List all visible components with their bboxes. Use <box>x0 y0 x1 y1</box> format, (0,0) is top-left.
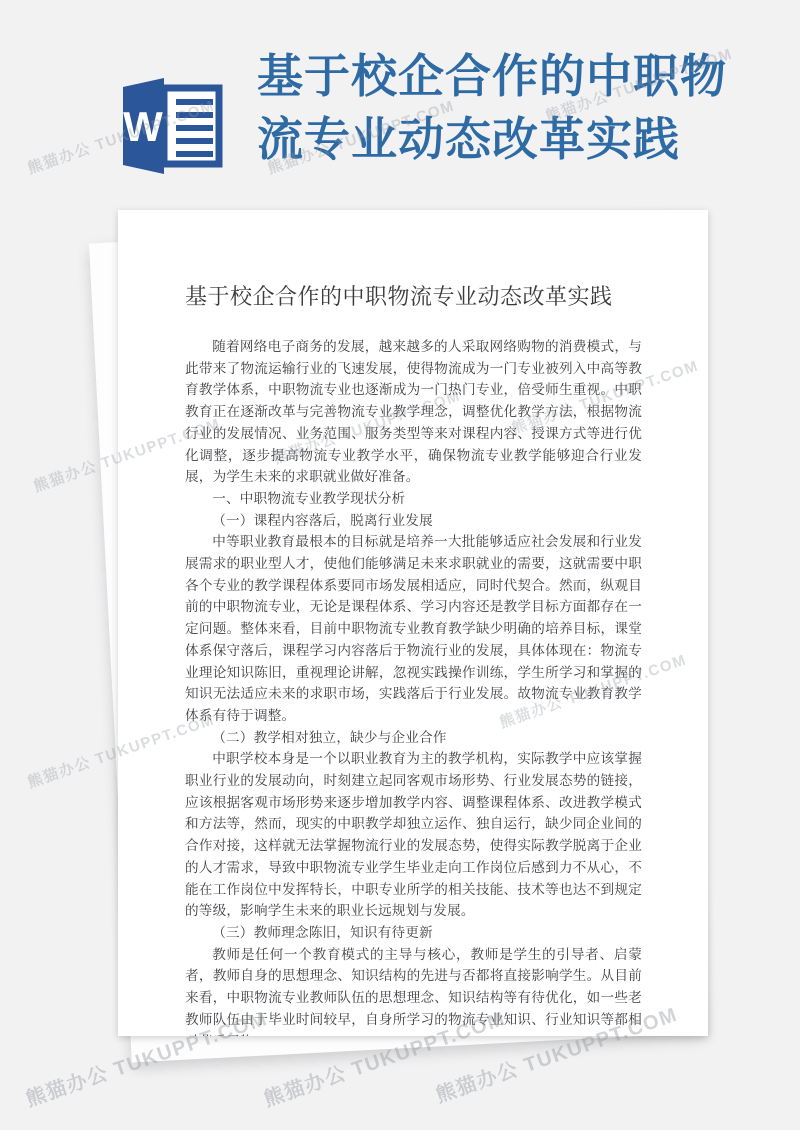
doc-paragraph: 中等职业教育最根本的目标就是培养一大批能够适应社会发展和行业发展需求的职业型人才… <box>185 531 642 726</box>
doc-heading: （一）课程内容落后，脱离行业发展 <box>185 510 642 532</box>
word-icon-graphic: W <box>119 75 223 177</box>
word-file-icon: W <box>119 75 223 178</box>
word-icon-letter: W <box>123 103 163 150</box>
document-preview-canvas: W 基于校企合作的中职物 流专业动态改革实践 基于校企合作的中职物流专业动态改革… <box>0 0 800 1130</box>
preview-title-line1: 基于校企合作的中职物 <box>257 45 757 108</box>
document-page: 基于校企合作的中职物流专业动态改革实践 随着网络电子商务的发展，越来越多的人采取… <box>118 210 708 1036</box>
preview-title-line2: 流专业动态改革实践 <box>257 108 757 171</box>
doc-paragraph: 中职学校本身是一个以职业教育为主的教学机构，实际教学中应该掌握职业行业的发展动向… <box>185 748 642 922</box>
doc-heading: 一、中职物流专业教学现状分析 <box>185 488 642 510</box>
document-title: 基于校企合作的中职物流专业动态改革实践 <box>185 280 642 311</box>
doc-paragraph: 随着网络电子商务的发展，越来越多的人采取网络购物的消费模式，与此带来了物流运输行… <box>185 336 642 488</box>
doc-heading: （三）教师理念陈旧，知识有待更新 <box>185 922 642 944</box>
doc-paragraph: 教师是任何一个教育模式的主导与核心，教师是学生的引导者、启蒙者，教师自身的思想理… <box>185 944 642 1036</box>
preview-title: 基于校企合作的中职物 流专业动态改革实践 <box>257 45 757 171</box>
doc-heading: （二）教学相对独立，缺少与企业合作 <box>185 727 642 749</box>
